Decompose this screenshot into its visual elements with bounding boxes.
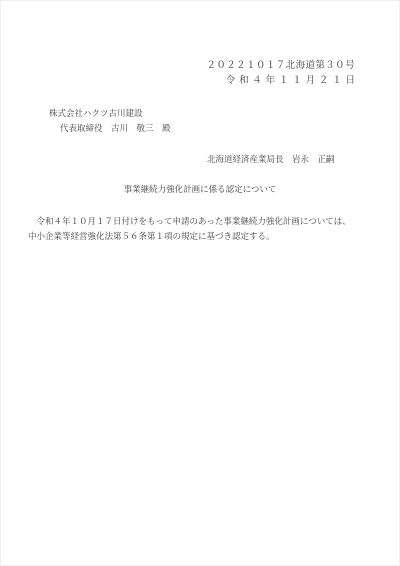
document-page: ２０２２１０１７北海道第３０号 令和４年１１月２１日 株式会社ハクツ古川建設 代… [0,0,400,566]
document-subject-title: 事業継続力強化計画に係る認定について [1,183,399,196]
body-line-2: 中小企業等経営強化法第５６条第１項の規定に基づき認定する。 [28,229,373,244]
document-number: ２０２２１０１７北海道第３０号 [206,59,355,74]
sender-signature: 北海道経済産業局長 岩永 正嗣 [207,153,335,166]
document-header: ２０２２１０１７北海道第３０号 令和４年１１月２１日 [206,59,355,89]
document-body: 令和４年１０月１７日付けをもって申請のあった事業継続力強化計画については、 中小… [28,214,373,243]
recipient-company-name: 株式会社ハクツ古川建設 [49,106,171,121]
recipient-block: 株式会社ハクツ古川建設 代表取締役 古川 敬三 殿 [49,106,171,135]
document-date: 令和４年１１月２１日 [206,74,358,89]
body-line-1: 令和４年１０月１７日付けをもって申請のあった事業継続力強化計画については、 [28,214,373,229]
recipient-representative-name: 代表取締役 古川 敬三 殿 [60,121,171,136]
